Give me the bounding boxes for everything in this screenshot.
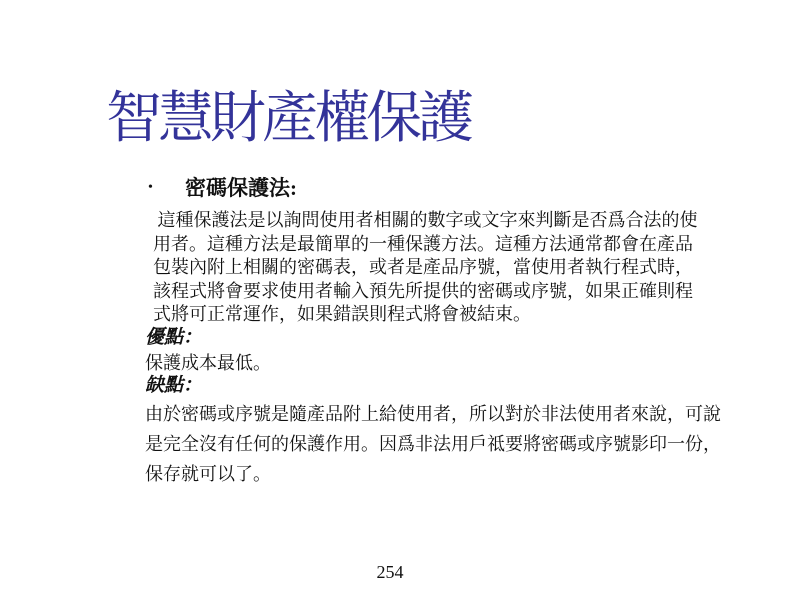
presentation-slide: 智慧財產權保護 • 密碼保護法: 這種保護法是以詢問使用者相關的數字或文字來判斷… (0, 0, 800, 600)
page-number: 254 (0, 561, 780, 583)
disadvantages-text: 由於密碼或序號是隨產品附上給使用者，所以對於非法使用者來說，可說 是完全沒有任何… (145, 399, 770, 489)
bullet-item: • 密碼保護法: (148, 176, 297, 200)
advantages-text: 保護成本最低。 (145, 352, 271, 375)
page-title: 智慧財產權保護 (106, 88, 470, 150)
advantages-label: 優點： (145, 327, 202, 349)
bullet-icon: • (148, 176, 185, 200)
disadvantages-label: 缺點： (145, 375, 202, 397)
bullet-heading: 密碼保護法: (185, 176, 297, 200)
description-paragraph: 這種保護法是以詢問使用者相關的數字或文字來判斷是否爲合法的使 用者。這種方法是最… (153, 209, 753, 327)
